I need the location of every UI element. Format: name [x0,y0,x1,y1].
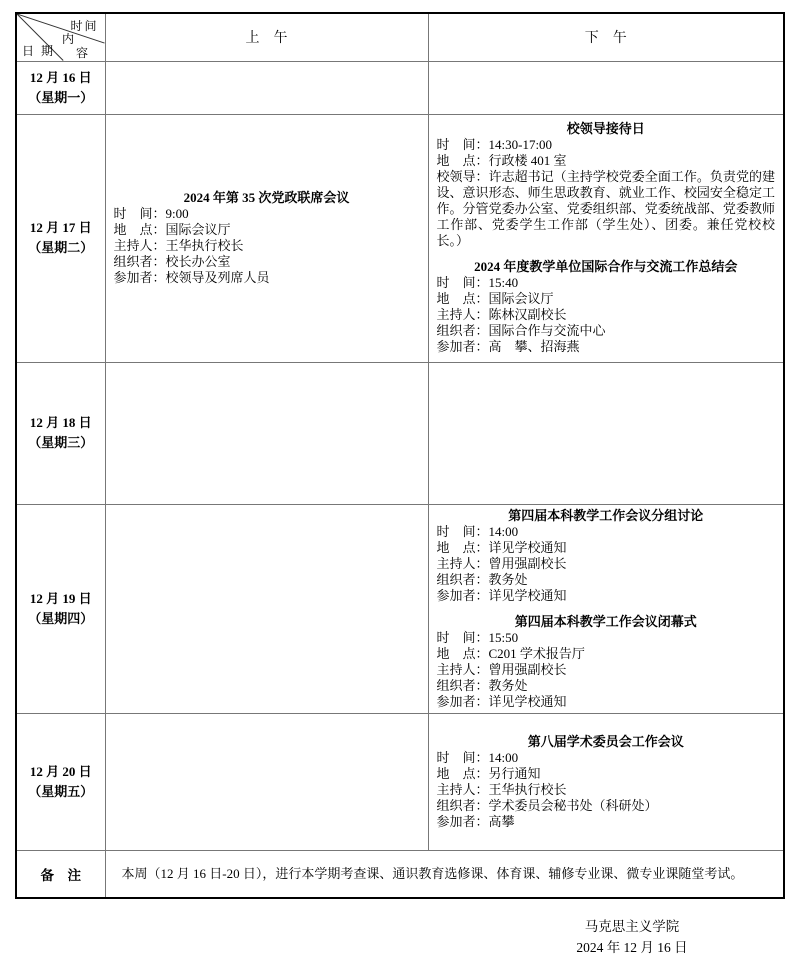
event-line: 主持人：王华执行校长 [437,782,776,798]
date-cell: 12 月 17 日 （星期二） [16,114,105,362]
date-line2: （星期四） [17,609,105,629]
morning-cell: 2024 年第 35 次党政联席会议 时 间：9:00地 点：国际会议厅主持人：… [105,114,428,362]
event: 第八届学术委员会工作会议 时 间：14:00地 点：另行通知主持人：王华执行校长… [437,734,776,830]
event-title: 2024 年第 35 次党政联席会议 [114,190,420,206]
date-cell: 12 月 18 日 （星期三） [16,362,105,504]
schedule-row: 12 月 18 日 （星期三） [16,362,784,504]
afternoon-cell: 第四届本科教学工作会议分组讨论 时 间：14:00地 点：详见学校通知主持人：曾… [428,504,784,713]
afternoon-cell [428,362,784,504]
event-line: 时 间：15:50 [437,630,776,646]
schedule-table: 时间 内 容 日 期 上 午 下 午 12 月 16 日 （星期一） 12 月 … [15,12,785,899]
remark-row: 备 注 本周（12 月 16 日-20 日），进行本学期考查课、通识教育选修课、… [16,850,784,898]
event-lines: 时 间：14:00地 点：另行通知主持人：王华执行校长组织者：学术委员会秘书处（… [437,750,776,830]
event: 2024 年度教学单位国际合作与交流工作总结会 时 间：15:40地 点：国际会… [437,259,776,355]
event-line: 地 点：国际会议厅 [437,291,776,307]
event-line: 时 间：14:00 [437,524,776,540]
event-line: 组织者：学术委员会秘书处（科研处） [437,798,776,814]
morning-cell [105,504,428,713]
morning-cell [105,713,428,850]
schedule-body: 12 月 16 日 （星期一） 12 月 17 日 （星期二） 2024 年第 … [16,61,784,850]
event-lines: 时 间：15:50地 点：C201 学术报告厅主持人：曾用强副校长组织者：教务处… [437,630,776,710]
page: 时间 内 容 日 期 上 午 下 午 12 月 16 日 （星期一） 12 月 … [0,0,799,966]
date-line1: 12 月 19 日 [17,589,105,609]
schedule-row: 12 月 19 日 （星期四） 第四届本科教学工作会议分组讨论 时 间：14:0… [16,504,784,713]
event-line: 主持人：曾用强副校长 [437,556,776,572]
event-title: 2024 年度教学单位国际合作与交流工作总结会 [437,259,776,275]
corner-label-date: 日 期 [22,42,55,59]
event-line: 时 间：15:40 [437,275,776,291]
event-line: 参加者：详见学校通知 [437,588,776,604]
date-line2: （星期一） [17,88,105,108]
event-line: 地 点：详见学校通知 [437,540,776,556]
date-cell: 12 月 20 日 （星期五） [16,713,105,850]
event-title: 第八届学术委员会工作会议 [437,734,776,750]
schedule-row: 12 月 16 日 （星期一） [16,61,784,114]
date-line1: 12 月 17 日 [17,218,105,238]
event-line: 校领导：许志超书记（主持学校党委全面工作。负责党的建设、意识形态、师生思政教育、… [437,169,776,249]
date-line2: （星期二） [17,238,105,258]
event-line: 参加者：详见学校通知 [437,694,776,710]
event-title: 第四届本科教学工作会议闭幕式 [437,614,776,630]
column-header-morning: 上 午 [105,13,428,61]
date-line1: 12 月 16 日 [17,68,105,88]
corner-cell: 时间 内 容 日 期 [16,13,105,61]
event-line: 时 间：14:30-17:00 [437,137,776,153]
event-line: 组织者：教务处 [437,572,776,588]
event-line: 参加者：高攀 [437,814,776,830]
event-title: 第四届本科教学工作会议分组讨论 [437,508,776,524]
header-row: 时间 内 容 日 期 上 午 下 午 [16,13,784,61]
event-line: 地 点：国际会议厅 [114,222,420,238]
date-line2: （星期三） [17,433,105,453]
event-line: 时 间：9:00 [114,206,420,222]
afternoon-cell: 校领导接待日 时 间：14:30-17:00地 点：行政楼 401 室校领导：许… [428,114,784,362]
event-lines: 时 间：9:00地 点：国际会议厅主持人：王华执行校长组织者：校长办公室参加者：… [114,206,420,286]
date-cell: 12 月 16 日 （星期一） [16,61,105,114]
event-line: 主持人：王华执行校长 [114,238,420,254]
event-line: 组织者：教务处 [437,678,776,694]
event: 校领导接待日 时 间：14:30-17:00地 点：行政楼 401 室校领导：许… [437,121,776,249]
corner-label-content-1: 内 [62,30,76,47]
schedule-row: 12 月 17 日 （星期二） 2024 年第 35 次党政联席会议 时 间：9… [16,114,784,362]
event: 第四届本科教学工作会议闭幕式 时 间：15:50地 点：C201 学术报告厅主持… [437,614,776,710]
event-title: 校领导接待日 [437,121,776,137]
morning-cell [105,362,428,504]
event-line: 地 点：行政楼 401 室 [437,153,776,169]
footer-date: 2024 年 12 月 16 日 [517,937,747,958]
corner-label-content-2: 容 [76,44,90,61]
schedule-row: 12 月 20 日 （星期五） 第八届学术委员会工作会议 时 间：14:00地 … [16,713,784,850]
event-lines: 时 间：15:40地 点：国际会议厅主持人：陈林汉副校长组织者：国际合作与交流中… [437,275,776,355]
footer-org: 马克思主义学院 [517,916,747,937]
afternoon-cell: 第八届学术委员会工作会议 时 间：14:00地 点：另行通知主持人：王华执行校长… [428,713,784,850]
event: 2024 年第 35 次党政联席会议 时 间：9:00地 点：国际会议厅主持人：… [114,190,420,286]
event-line: 时 间：14:00 [437,750,776,766]
event-lines: 时 间：14:00地 点：详见学校通知主持人：曾用强副校长组织者：教务处参加者：… [437,524,776,604]
event-line: 地 点：C201 学术报告厅 [437,646,776,662]
date-cell: 12 月 19 日 （星期四） [16,504,105,713]
event-line: 参加者：高 攀、招海燕 [437,339,776,355]
date-line2: （星期五） [17,782,105,802]
remark-label: 备 注 [16,850,105,898]
event-lines: 时 间：14:30-17:00地 点：行政楼 401 室校领导：许志超书记（主持… [437,137,776,249]
event-line: 参加者：校领导及列席人员 [114,270,420,286]
remark-text: 本周（12 月 16 日-20 日），进行本学期考查课、通识教育选修课、体育课、… [105,850,784,898]
afternoon-cell [428,61,784,114]
morning-cell [105,61,428,114]
event-line: 主持人：曾用强副校长 [437,662,776,678]
event-line: 组织者：国际合作与交流中心 [437,323,776,339]
event-line: 主持人：陈林汉副校长 [437,307,776,323]
date-line1: 12 月 18 日 [17,413,105,433]
column-header-afternoon: 下 午 [428,13,784,61]
event-line: 地 点：另行通知 [437,766,776,782]
event: 第四届本科教学工作会议分组讨论 时 间：14:00地 点：详见学校通知主持人：曾… [437,508,776,604]
footer-signature: 马克思主义学院 2024 年 12 月 16 日 [517,916,747,958]
date-line1: 12 月 20 日 [17,762,105,782]
event-line: 组织者：校长办公室 [114,254,420,270]
